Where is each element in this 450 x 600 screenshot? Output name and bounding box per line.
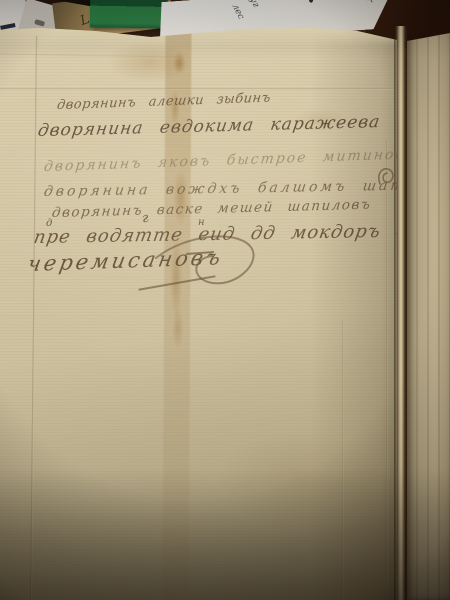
superscript-letter: н [198,217,205,228]
handwriting-line: дворянина евдокима каражеева [36,112,381,141]
water-stain [163,28,192,600]
fold-crease [0,88,394,90]
fold-crease [30,36,38,600]
sheet-handwriting: уг [247,0,260,9]
handwriting-line: дворянинъ яковъ быстрое митиновъ [43,146,418,175]
ink-mark [0,23,15,30]
handwriting-line: черемисановъ [26,245,225,276]
handwriting-line: дворянинъ алешки зыбинъ [56,91,271,114]
superscript-letter: д [46,218,52,229]
handwriting-line: дворянина вождхъ балшомъ шатило [43,177,443,200]
archival-photo: Lcl уг лес -ч-ч- дворянинъ алешки зыбинъ… [0,0,450,600]
sheet-handwriting: -ч-ч- [355,0,377,6]
object-slot [34,19,45,27]
green-folder [90,0,169,29]
ink-dot [309,0,313,3]
manuscript-page: дворянинъ алешки зыбинъ дворянина евдоки… [0,0,397,600]
facing-page-edge [407,27,450,600]
fold-crease [342,320,344,600]
sheet-handwriting: лес [230,2,246,21]
fold-crease [386,140,388,600]
book-gutter [394,26,407,600]
fold-crease [0,53,180,58]
handwriting-line: дворянинъ васке мешей шапиловъ [51,197,372,221]
